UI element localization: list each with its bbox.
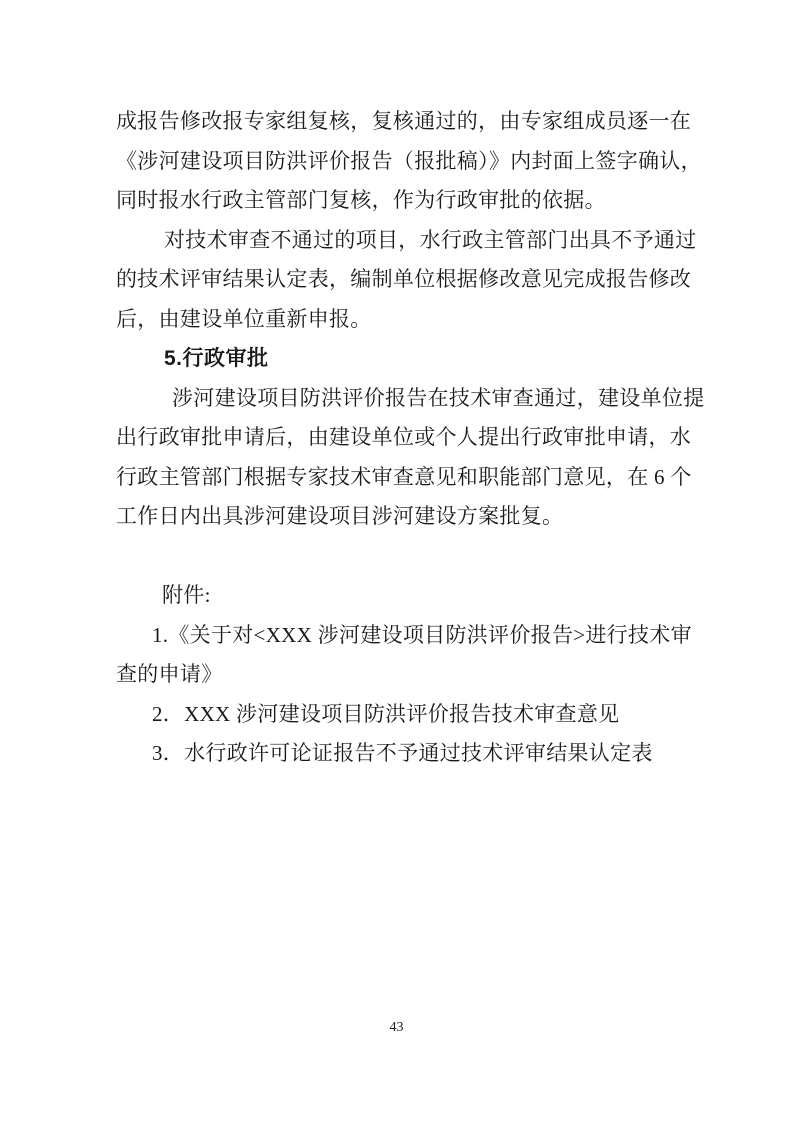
text-line: 后，由建设单位重新申报。 xyxy=(116,300,756,340)
attachment-item-2: 2．XXX 涉河建设项目防洪评价报告技术审查意见 xyxy=(116,695,756,735)
blank-line xyxy=(116,537,756,577)
text-line: 的技术评审结果认定表，编制单位根据修改意见完成报告修改 xyxy=(116,260,756,300)
text-line: 同时报水行政主管部门复核，作为行政审批的依据。 xyxy=(116,181,756,221)
attachment-item-1-continuation: 查的申请》 xyxy=(116,655,756,695)
attachment-item-3: 3．水行政许可论证报告不予通过技术评审结果认定表 xyxy=(116,734,756,774)
text-line: 出行政审批申请后，由建设单位或个人提出行政审批申请，水 xyxy=(116,418,756,458)
attachments-section: 附件: 1.《关于对<XXX 涉河建设项目防洪评价报告>进行技术审 查的申请》 … xyxy=(116,576,756,774)
text-line: 行政主管部门根据专家技术审查意见和职能部门意见，在 6 个 xyxy=(116,458,756,498)
text-line: 成报告修改报专家组复核，复核通过的，由专家组成员逐一在 xyxy=(116,102,756,142)
text-line: 对技术审查不通过的项目，水行政主管部门出具不予通过 xyxy=(116,221,756,261)
document-body: 成报告修改报专家组复核，复核通过的，由专家组成员逐一在 《涉河建设项目防洪评价报… xyxy=(116,102,756,774)
paragraph-failed-review: 对技术审查不通过的项目，水行政主管部门出具不予通过 的技术评审结果认定表，编制单… xyxy=(116,221,756,340)
section-heading-administrative-approval: 5.行政审批 xyxy=(116,339,756,379)
paragraph-review-continuation: 成报告修改报专家组复核，复核通过的，由专家组成员逐一在 《涉河建设项目防洪评价报… xyxy=(116,102,756,221)
section-heading-text: 5.行政审批 xyxy=(116,339,756,379)
text-line: 《涉河建设项目防洪评价报告（报批稿）》内封面上签字确认， xyxy=(116,142,756,182)
paragraph-approval-process: 涉河建设项目防洪评价报告在技术审查通过，建设单位提 出行政审批申请后，由建设单位… xyxy=(116,379,756,537)
text-line: 工作日内出具涉河建设项目涉河建设方案批复。 xyxy=(116,497,756,537)
text-line: 涉河建设项目防洪评价报告在技术审查通过，建设单位提 xyxy=(116,379,756,419)
attachment-item-1: 1.《关于对<XXX 涉河建设项目防洪评价报告>进行技术审 xyxy=(116,616,756,656)
page-number: 43 xyxy=(0,1020,793,1036)
attachments-label: 附件: xyxy=(116,576,756,616)
